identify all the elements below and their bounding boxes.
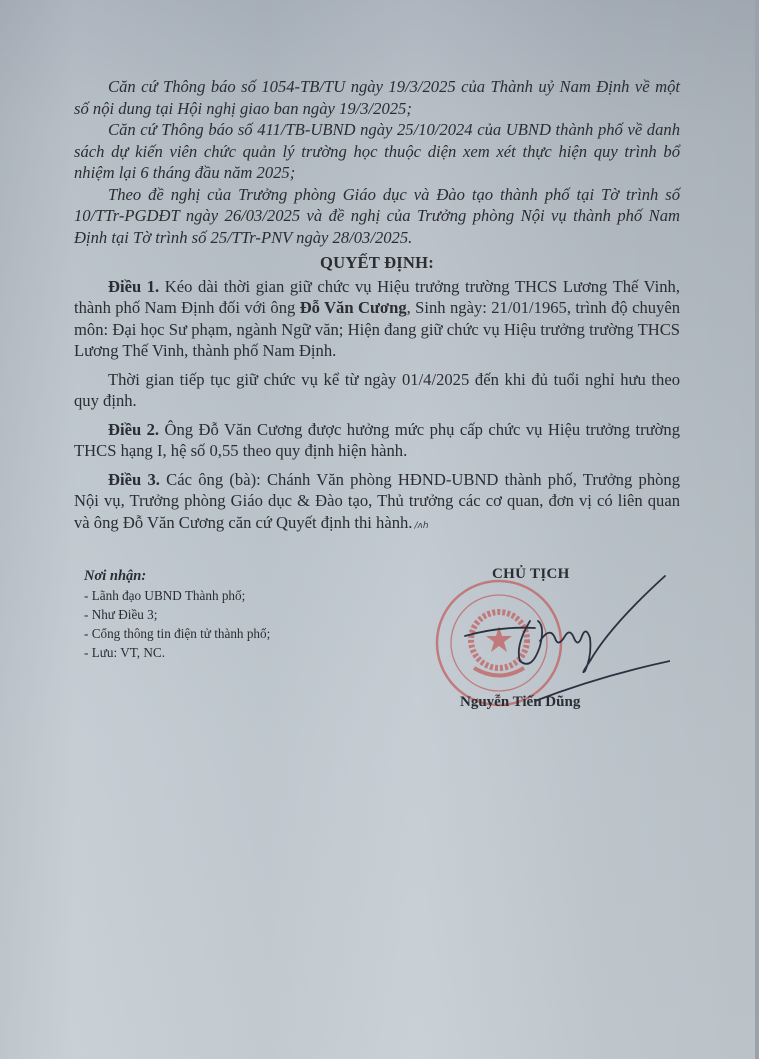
article-2-label: Điều 2. (108, 420, 159, 439)
recipients-block: Nơi nhận: - Lãnh đạo UBND Thành phố; - N… (84, 567, 270, 662)
recipients-label: Nơi nhận: (84, 567, 270, 586)
signature-block: A CHỦ TỊCH Nguyễn Tiến Dũng (420, 566, 670, 726)
article-2-text: Ông Đỗ Văn Cương được hưởng mức phụ cấp … (74, 420, 680, 461)
document-body: Căn cứ Thông báo số 1054-TB/TU ngày 19/3… (74, 76, 680, 537)
recipient-item: - Cổng thông tin điện tử thành phố; (84, 624, 270, 643)
preamble-1: Căn cứ Thông báo số 1054-TB/TU ngày 19/3… (74, 76, 680, 119)
article-1: Điều 1. Kéo dài thời gian giữ chức vụ Hi… (74, 276, 680, 362)
appointee-name: Đỗ Văn Cương (300, 298, 407, 317)
paper-edge (755, 0, 759, 1059)
article-3-text: Các ông (bà): Chánh Văn phòng HĐND-UBND … (74, 470, 680, 532)
article-1-label: Điều 1. (108, 277, 159, 296)
handwritten-initials: /ʌh (414, 521, 428, 531)
recipient-item: - Lãnh đạo UBND Thành phố; (84, 586, 270, 605)
handwritten-signature-icon (440, 566, 670, 706)
article-1-continuation: Thời gian tiếp tục giữ chức vụ kể từ ngà… (74, 369, 680, 412)
preamble-3: Theo đề nghị của Trưởng phòng Giáo dục v… (74, 184, 680, 249)
article-3-label: Điều 3. (108, 470, 160, 489)
preamble-2: Căn cứ Thông báo số 411/TB-UBND ngày 25/… (74, 119, 680, 184)
article-2: Điều 2. Ông Đỗ Văn Cương được hưởng mức … (74, 419, 680, 462)
recipient-item: - Lưu: VT, NC. (84, 643, 270, 662)
signer-name: Nguyễn Tiến Dũng (460, 694, 580, 711)
decision-title: QUYẾT ĐỊNH: (74, 252, 680, 274)
recipient-item: - Như Điều 3; (84, 605, 270, 624)
article-3: Điều 3. Các ông (bà): Chánh Văn phòng HĐ… (74, 469, 680, 538)
